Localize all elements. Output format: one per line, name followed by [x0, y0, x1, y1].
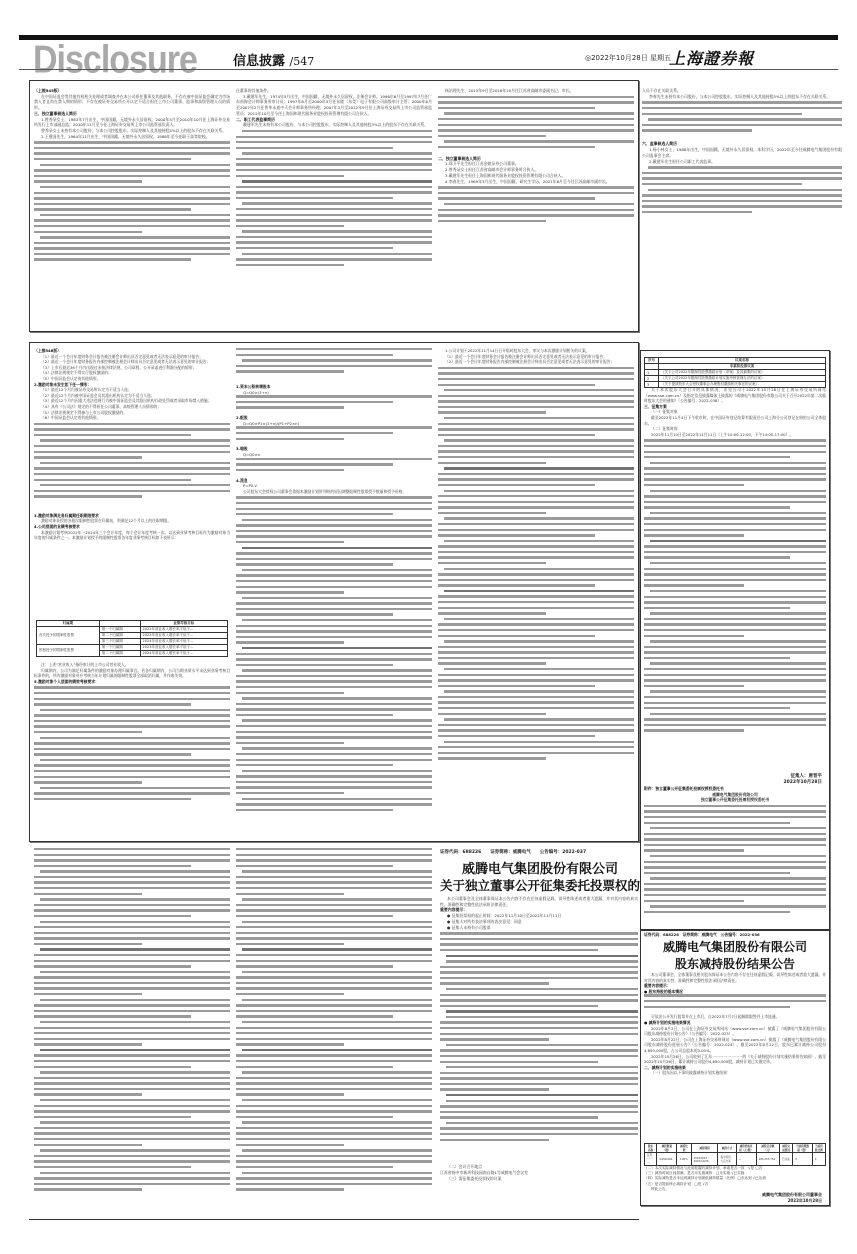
top-col-2: 仕董事的其他条件。 3.戴建军先生，1974年5月出生，中国国籍，无境外永久居留… [236, 88, 432, 328]
body-text-filler [34, 423, 230, 513]
paragraph: 公司股东大会授权公司董事会依据本激励计划所列明的原因调整限制性股票授予数量和授予… [236, 489, 432, 495]
table-cell: 第二个归属期 [99, 651, 140, 657]
body-text-filler [236, 496, 432, 826]
body-text-filler [236, 348, 432, 384]
body-text-filler [642, 166, 842, 236]
top-col-1: （上接545版） 在中国证监会等其他有权机关处理或者调查并在本公司担任董事及其他… [34, 88, 230, 328]
notice1-bottom-rule [29, 1219, 639, 1220]
body-text-filler [236, 395, 432, 415]
notice2-title: 股东减持股份结果公告 [640, 955, 830, 972]
masthead-bottom-rule [19, 69, 838, 70]
section-title: 信息披露 /547 [233, 50, 314, 69]
notice1-company-name: 威腾电气集团股份有限公司 [440, 858, 640, 877]
paragraph: 2.戴建军先生担任公司职工代表监事。 [642, 159, 842, 165]
body-text-filler [438, 186, 634, 246]
body-text-filler [642, 101, 842, 141]
middle-col-2: 1.资本公积转增股本 Q=Q0×(1+n) 2.配股 Q=Q0×P1×(1+n)… [236, 348, 432, 838]
table-header: 减持方式 [718, 1144, 736, 1153]
list-heading: 5.激励对象个人层面的绩效考核要求： [34, 679, 230, 685]
masthead-wordmark: Disclosure [33, 38, 197, 83]
top-col-4: 人员不存在关联关系。 李春先生未持有本公司股份，与本公司控股股东、实际控制人及其… [642, 88, 842, 328]
paragraph: 戴建军先生未持有本公司股份，与本公司控股股东、实际控制人及其他持股5%以上的股东… [236, 122, 432, 128]
table-cell: 2024年营业收入增长率不低于... [140, 651, 227, 657]
paragraph: 李春先生未持有本公司股份，与本公司控股股东、实际控制人及其他持股5%以上的股东不… [642, 94, 842, 100]
subheading: （一）股东因以下事项披露减持计划实施结果： [644, 1070, 826, 1076]
table-header: 当前持股比例 [812, 1144, 825, 1153]
notice1-title: 关于独立董事公开征集委托投票权的公告 [440, 876, 640, 894]
paragraph: 2022年10月26日，公司收到了江苏一一一一一一一一的《关于减持股份计划实施结… [644, 1054, 826, 1065]
list-item: （6）中国证监会认定的其他情形。 [34, 415, 230, 421]
signature-date: 2022年10月28日 [700, 779, 822, 785]
attachment-subtitle: 独立董事公开征集委托投票权授权委托书 [644, 797, 826, 803]
list-item: 本激励计划考核2022年－2024年三个会计年度，每个会计年度考核一次。以达到业… [34, 530, 230, 541]
body-text-filler [236, 458, 432, 478]
notice-lead: 本公司董事会及全体董事保证本公告内容不存在任何虚假记载、误导性陈述或者重大遗漏，… [440, 896, 638, 907]
table-cell: 185,253,754 [756, 1153, 779, 1166]
right-column-body: 关于本次股东大会召开的具体情况，详见公司于2022年10月28日在上海证券交易所… [644, 387, 826, 777]
board-signature: 威腾电气集团股份有限公司董事会 2022年10月28日 [700, 1192, 822, 1204]
paragraph: 3.戴建军先生，1974年5月出生，中国国籍，无境外永久居留权，注册会计师。19… [236, 94, 432, 117]
reduction-result-table: 股东名称 减持数量（股） 减持比例 减持期间 减持方式 减持价格区间（元/股） … [644, 1143, 826, 1166]
table-cell: 3.00% [677, 1153, 691, 1166]
bullet-text: 征集人对所有表决事项的表决意见：同意 [452, 919, 522, 924]
body-text-filler [34, 141, 230, 281]
page-number: /547 [290, 55, 315, 68]
paragraph: 4.李春先生，1969年3月出生，中国国籍，研究生学历。2021年6月至今任江苏… [438, 179, 634, 185]
solicitor-signature: 征集人：唐晋平 2022年10月28日 [700, 773, 822, 785]
bullet-text: 征集投票权的起止时间：2022年11月10日至2022年11月11日 [452, 913, 562, 918]
paragraph: 杨治理先生，2013年9月至2016年10月任江苏省高邮市委副书记、市长。 [438, 88, 634, 94]
notice2-body: 本公司董事会、全体董事及相关股东保证本公告内容不存在任何虚假记载、误导性陈述或者… [644, 972, 826, 1122]
table-cell: 2022/8/23～2022/10/26 [691, 1153, 718, 1166]
bullet-item: ● 征集人未持有公司股票 [440, 925, 638, 931]
table-header: 减持价格区间（元/股） [736, 1144, 756, 1153]
table-cell: 预留授予的限制性股票 [37, 645, 100, 657]
attachment-section: 附件：独立董事公开征集委托投票权授权委托书 威腾电气集团股份有限公司 独立董事公… [644, 786, 826, 926]
notice1-stock-line: 证券代码：688226 证券简称：威腾电气 公告编号：2022-037 [440, 849, 586, 855]
body-text-filler [644, 805, 826, 917]
body-text-filler [236, 848, 432, 1224]
newspaper-logo: 上海證券報 [669, 46, 754, 69]
middle-col-1-lower: 注：上述“营业收入”指经审计的上市公司营业收入。 归属期内，公司为满足归属条件的… [34, 662, 230, 838]
paragraph: 2022年8月2日，公司在上海证券交易所网站（www.sse.com.cn）披露… [644, 1026, 826, 1037]
table-cell: — [736, 1153, 756, 1166]
list-item: （2）最近一个会计年度财务报告内部控制被注册会计师出具否定意见或者无法表示意见的… [438, 359, 634, 365]
body-text-filler [644, 994, 826, 1014]
paragraph: 归属期内，公司为满足归属条件的激励对象办理归属事宜。若各归属期内，公司当期业绩水… [34, 668, 230, 679]
middle-col-3: 1.公司计划于2022年11月14日召开临时股东大会，审议与本次激励计划相关的议… [438, 348, 634, 838]
table-cell: 集中竞价、大宗交易 [718, 1153, 736, 1166]
table-cell: 已完成 [779, 1153, 792, 1166]
table-cell: 江苏一一一 [645, 1153, 657, 1166]
paragraph: 关于本次股东大会召开的具体情况，详见公司于2022年10月28日在上海证券交易所… [644, 387, 826, 404]
table-header: 减持比例 [677, 1144, 691, 1153]
paragraph: 曾秀朵女士未持有本公司股份，与本公司控股股东、实际控制人及其他持股5%以上的股东… [34, 128, 230, 134]
top-col-3: 杨治理先生，2013年9月至2016年10月任江苏省高邮市委副书记、市长。 二、… [438, 88, 634, 328]
table-header: 减持数量（股） [657, 1144, 677, 1153]
table-cell: 0 [793, 1153, 813, 1166]
table-header: 减持总金额（元） [756, 1144, 779, 1153]
body-text-filler [236, 426, 432, 446]
body-text-filler [34, 686, 230, 826]
section-name: 信息披露 [233, 54, 285, 69]
subheading: （三）需征集委托投票权的议案 [440, 1176, 638, 1182]
bullet-text: 征集人未持有公司股票 [452, 925, 491, 930]
list-item: （2）最近一个会计年度财务报告内部控制被注册会计师出具否定意见或者无法表示意见的… [34, 359, 230, 365]
masthead: Disclosure 信息披露 /547 ◎2022年10月28日 星期五 上海… [19, 42, 838, 68]
paragraph: 1.杨小林女士，1988年出生，中国国籍，无境外永久居留权，本科学历，2022年… [642, 147, 842, 158]
performance-target-table: 归属期 业绩考核目标 首次授予的限制性股票 第一个归属期 2022年营业收入增长… [36, 620, 228, 657]
table-cell: 0 [812, 1153, 825, 1166]
notice1-body: 本公司董事会及全体董事保证本公告内容不存在任何虚假记载、误导性陈述或者重大遗漏，… [440, 896, 638, 1226]
paragraph: 在中国证监会等其他有权机关处理或者调查并在本公司担任董事及其他职务。不存在被中国… [34, 94, 230, 111]
body-text-filler [644, 439, 826, 739]
body-text-filler [236, 130, 432, 290]
notice1-left-col [236, 848, 432, 1228]
body-text-filler [440, 932, 638, 1164]
body-text-filler [438, 367, 634, 807]
table-cell: 4,650,000 [657, 1153, 677, 1166]
proposal-table: 序号 议案名称 非累积投票议案 1 《关于公司2022年限制性股票激励计划（草案… [644, 357, 826, 388]
notice1-far-left-col [34, 848, 230, 1228]
table-header: 当前持股数量（股） [793, 1144, 813, 1153]
paragraph: 1.曾秀朵女士，1963年7月出生，中国国籍，无境外永久居留权。2000年5月至… [34, 117, 230, 128]
table-header: 股东名称 [645, 1144, 657, 1153]
notice2-company-name: 威腾电气集团股份有限公司 [640, 938, 830, 955]
paragraph: 2022年8月22日，公司在上海证券交易所网站（www.sse.com.cn）披… [644, 1037, 826, 1054]
notice-lead: 本公司董事会、全体董事及相关股东保证本公告内容不存在任何虚假记载、误导性陈述或者… [644, 972, 826, 983]
table-header-row: 股东名称 减持数量（股） 减持比例 减持期间 减持方式 减持价格区间（元/股） … [645, 1144, 826, 1153]
bullet-text: 股东持股的基本情况 [649, 989, 683, 994]
issue-date: ◎2022年10月28日 星期五 [585, 53, 671, 63]
paragraph: 2022年11月10日至2022年11月11日（上午10:00-12:00，下午… [644, 432, 826, 438]
body-text-filler [34, 848, 230, 1224]
table-cell: 首次授予的限制性股票 [37, 627, 100, 645]
paragraph: 截至2022年11月4日下午收市时，在中国证券登记结算有限责任公司上海分公司登记… [644, 415, 826, 426]
table-header: 减持期间 [691, 1144, 718, 1153]
table-row: 江苏一一一 4,650,000 3.00% 2022/8/23～2022/10/… [645, 1153, 826, 1166]
table-header: 减持完成情况 [779, 1144, 792, 1153]
bullet-text: 减持计划的实施结果情况 [649, 1020, 691, 1025]
body-text-filler [438, 96, 634, 156]
paragraph: 2.王建国先生，1964年11月出生，中国国籍，无境外永久居留权，1988年至今… [34, 134, 230, 140]
signature-date: 2022年10月28日 [700, 1198, 822, 1204]
